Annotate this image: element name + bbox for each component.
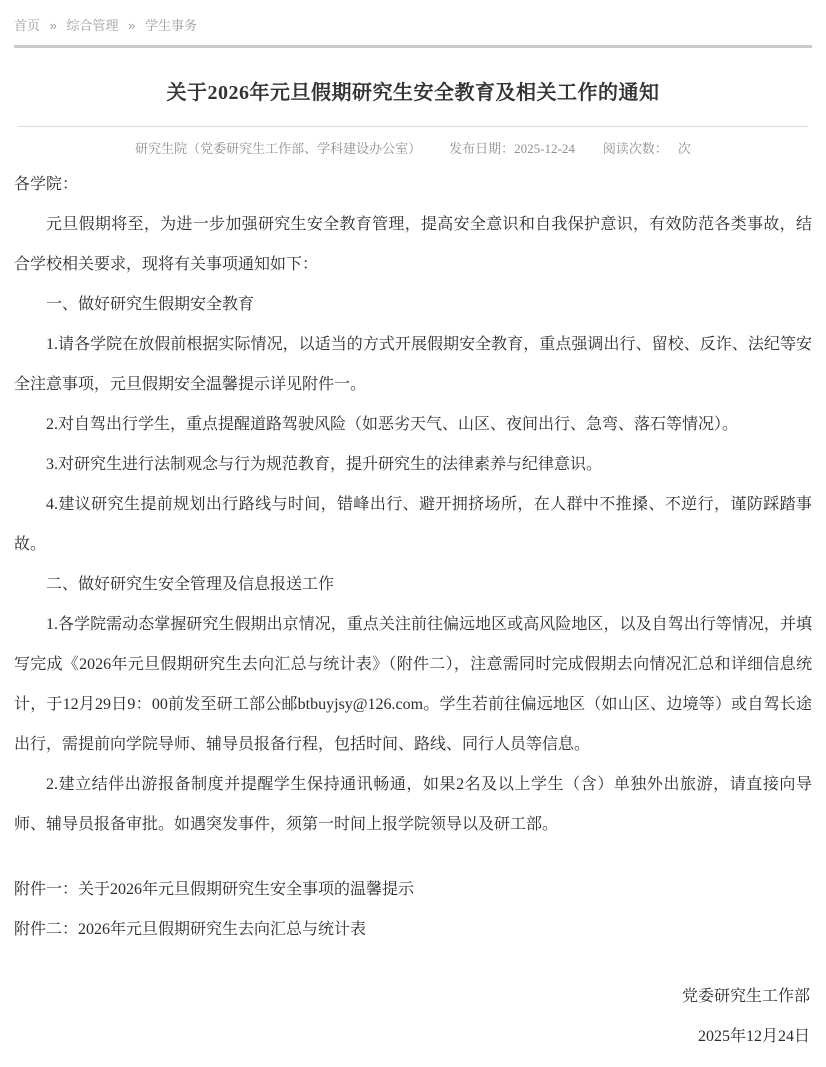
paragraph: 一、做好研究生假期安全教育 [14,285,812,325]
meta-publish-value: 2025-12-24 [514,141,575,156]
paragraph: 二、做好研究生安全管理及信息报送工作 [14,565,812,605]
signature-date: 2025年12月24日 [14,1017,810,1057]
paragraph: 2.对自驾出行学生，重点提醒道路驾驶风险（如恶劣天气、山区、夜间出行、急弯、落石… [14,405,812,445]
paragraph: 4.建议研究生提前规划出行路线与时间，错峰出行、避开拥挤场所，在人群中不推搡、不… [14,485,812,565]
notice-page: 首页 » 综合管理 » 学生事务 关于2026年元旦假期研究生安全教育及相关工作… [0,0,826,1067]
breadcrumb-separator: » [128,18,135,33]
top-divider [14,45,812,48]
paragraph: 1.请各学院在放假前根据实际情况，以适当的方式开展假期安全教育，重点强调出行、留… [14,325,812,405]
meta-views-suffix: 次 [678,141,691,156]
attachment-item[interactable]: 附件一：关于2026年元旦假期研究生安全事项的温馨提示 [14,870,812,910]
paragraph: 2.建立结伴出游报备制度并提醒学生保持通讯畅通，如果2名及以上学生（含）单独外出… [14,765,812,845]
paragraph: 元旦假期将至，为进一步加强研究生安全教育管理，提高安全意识和自我保护意识，有效防… [14,205,812,285]
breadcrumb-home[interactable]: 首页 [14,18,40,33]
meta-publish-label: 发布日期： [449,141,514,156]
paragraph: 各学院： [14,165,812,205]
breadcrumb-separator: » [50,18,57,33]
attachment-item[interactable]: 附件二：2026年元旦假期研究生去向汇总与统计表 [14,910,812,950]
breadcrumb-category[interactable]: 综合管理 [67,18,119,33]
article-body: 各学院：元旦假期将至，为进一步加强研究生安全教育管理，提高安全意识和自我保护意识… [14,165,812,1057]
attachment-list: 附件一：关于2026年元旦假期研究生安全事项的温馨提示附件二：2026年元旦假期… [14,870,812,950]
breadcrumb: 首页 » 综合管理 » 学生事务 [14,0,812,35]
meta-publish-date: 发布日期：2025-12-24 [449,141,575,156]
signature-department: 党委研究生工作部 [14,977,810,1017]
signature-block: 党委研究生工作部 2025年12月24日 [14,977,812,1057]
meta-views: 阅读次数：次 [603,141,691,156]
meta-views-label: 阅读次数： [603,141,668,156]
breadcrumb-section[interactable]: 学生事务 [145,18,197,33]
paragraph: 1.各学院需动态掌握研究生假期出京情况，重点关注前往偏远地区或高风险地区，以及自… [14,605,812,765]
meta-source: 研究生院（党委研究生工作部、学科建设办公室） [135,141,421,156]
paragraph-list: 各学院：元旦假期将至，为进一步加强研究生安全教育管理，提高安全意识和自我保护意识… [14,165,812,845]
paragraph: 3.对研究生进行法制观念与行为规范教育，提升研究生的法律素养与纪律意识。 [14,445,812,485]
page-title: 关于2026年元旦假期研究生安全教育及相关工作的通知 [14,76,812,105]
article-meta: 研究生院（党委研究生工作部、学科建设办公室）发布日期：2025-12-24阅读次… [14,127,812,158]
